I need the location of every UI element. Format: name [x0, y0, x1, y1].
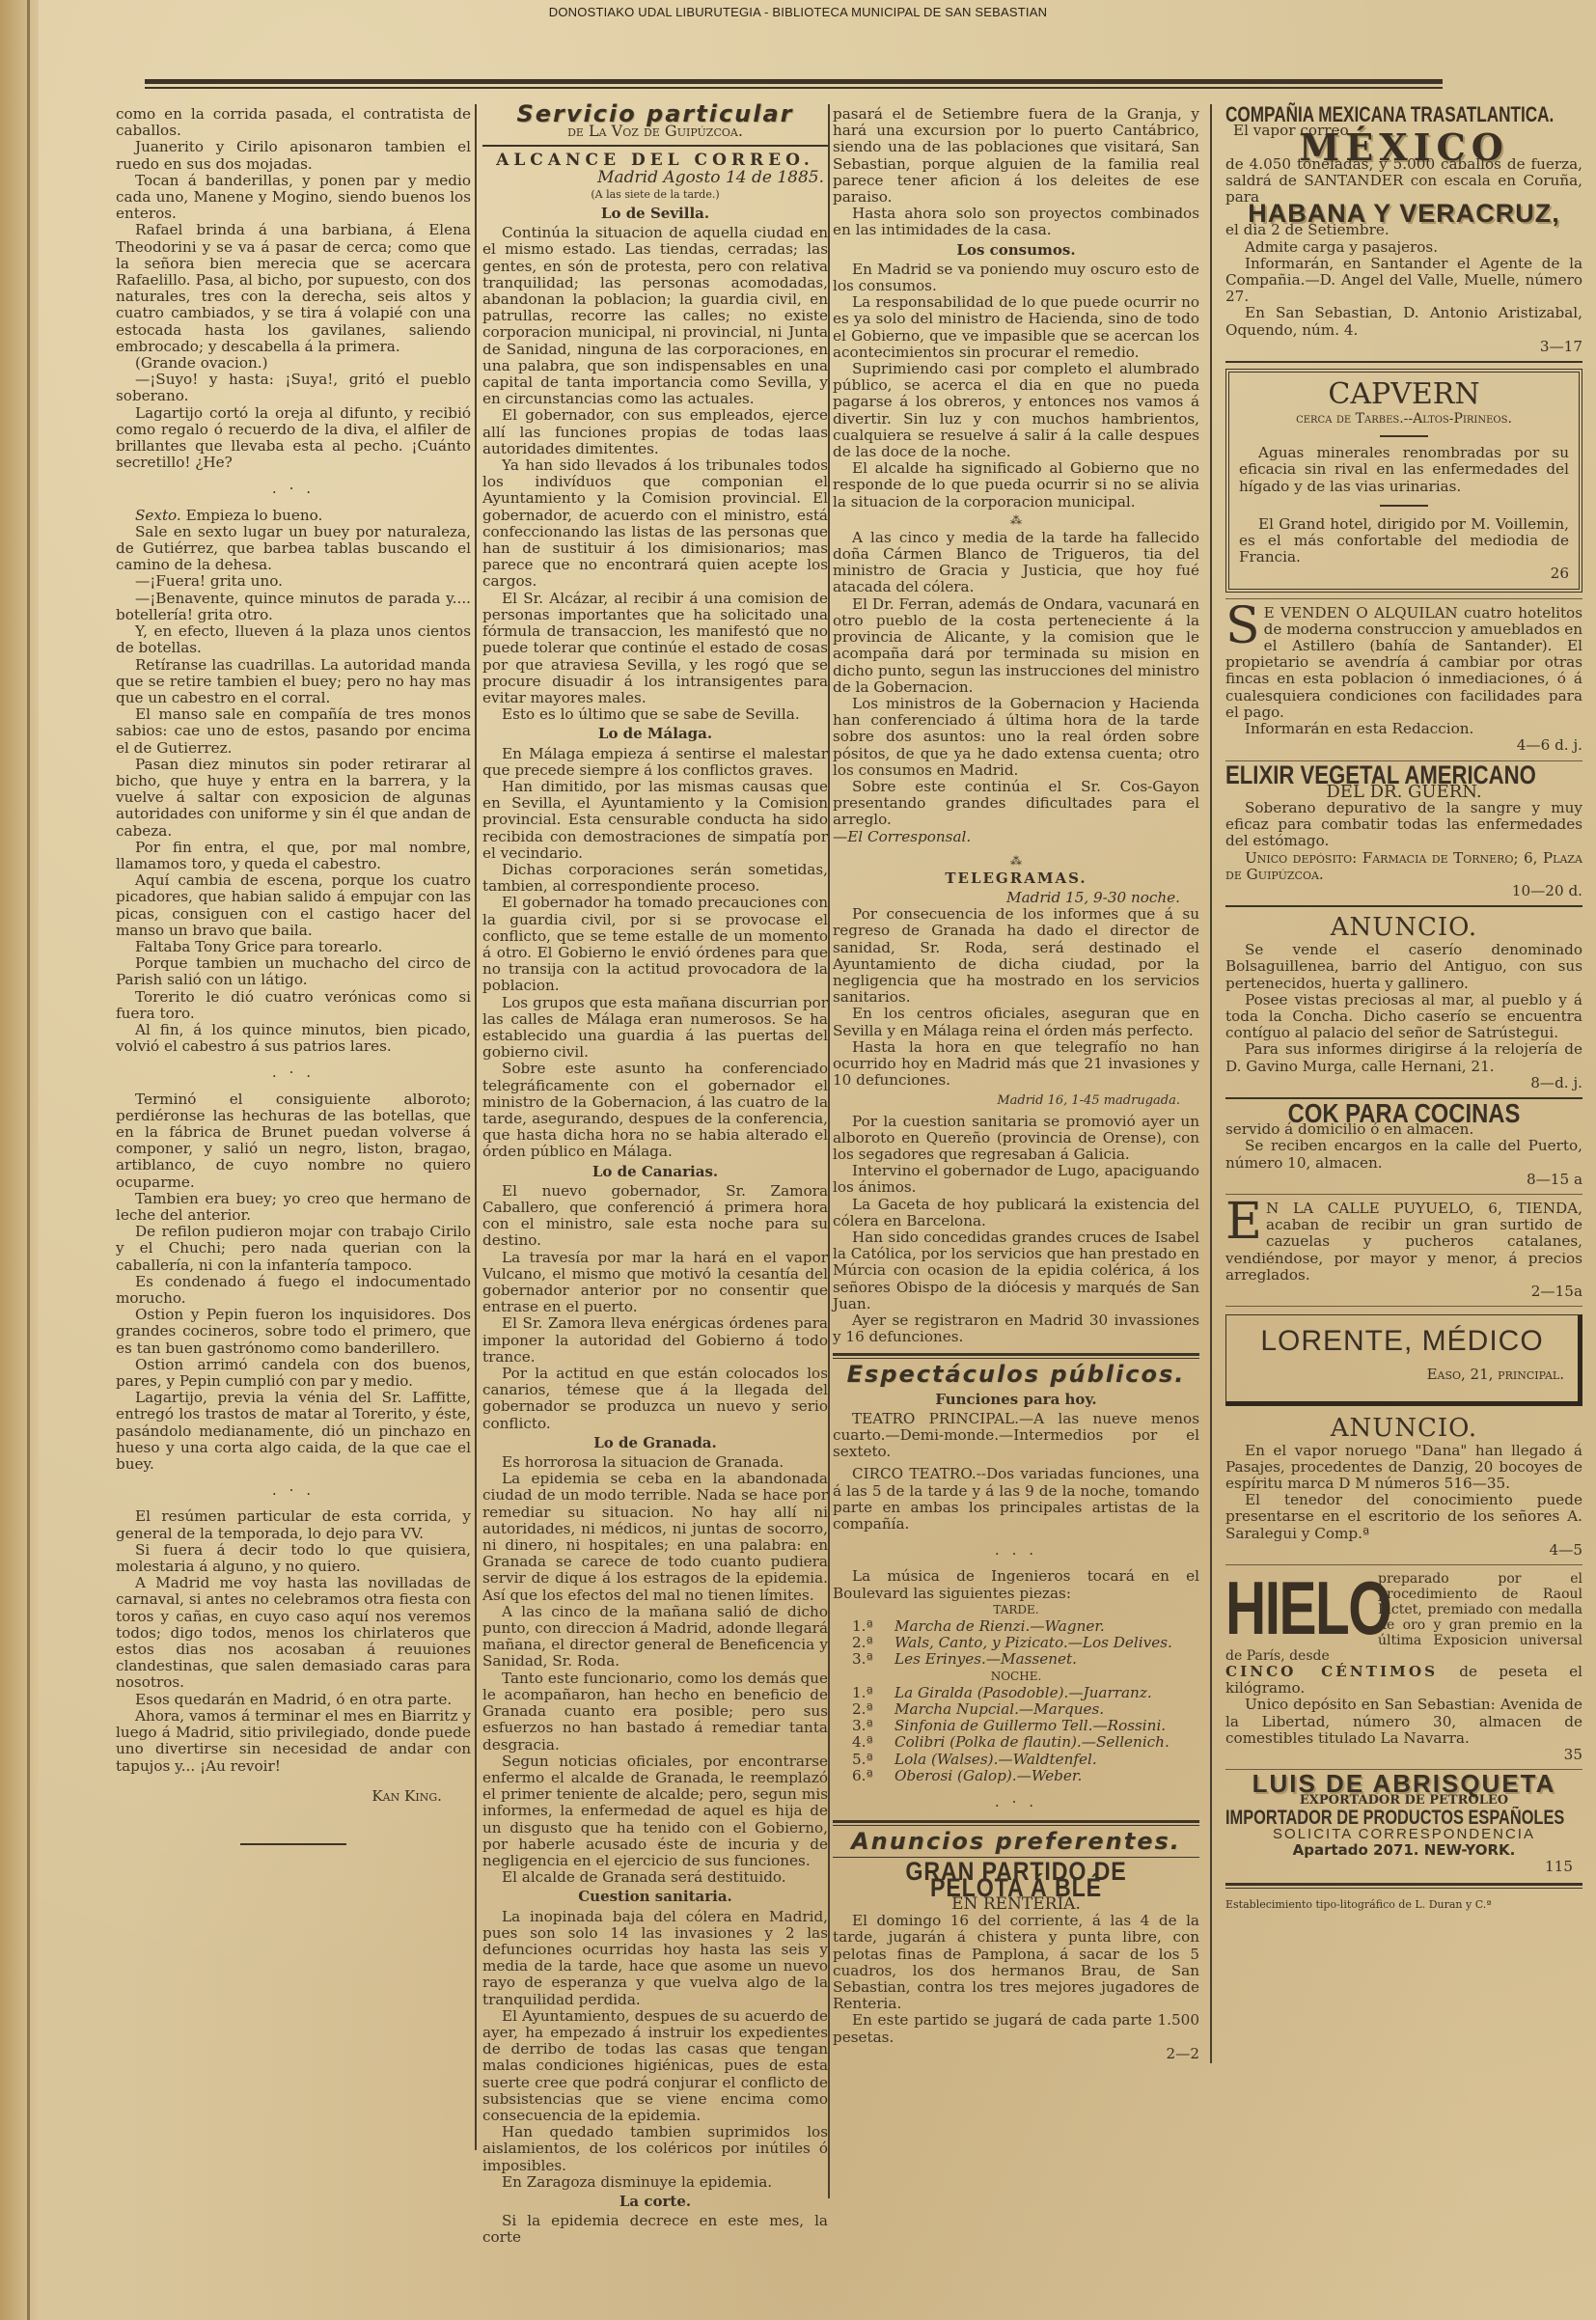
ad-reference: 26 [1239, 566, 1569, 582]
paragraph: Esos quedarán en Madrid, ó en otra parte… [116, 1692, 471, 1708]
binding-spine [0, 0, 39, 2320]
paragraph: Por la cuestion sanitaria se promovió ay… [833, 1114, 1199, 1164]
paragraph: Pasan diez minutos sin poder retirarar a… [116, 757, 471, 840]
paragraph: E VENDEN O ALQUILAN cuatro hotelitos de … [1225, 605, 1582, 721]
divider [1225, 1194, 1582, 1195]
cok-title: COK PARA COCINAS [1252, 1105, 1556, 1121]
paragraph: Se vende el caserío denominado Bolsaguil… [1225, 942, 1582, 992]
paragraph: Unico depósito: Farmacia de Tornero; 6, … [1225, 850, 1582, 883]
heading-corte: La corte. [482, 2194, 828, 2210]
paragraph: El alcalde de Granada será destituido. [482, 1869, 828, 1886]
paragraph: Porque tambien un muchacho del circo de … [116, 955, 471, 988]
capvern-title: CAPVERN [1239, 378, 1569, 411]
paragraph: Soberano depurativo de la sangre y muy e… [1225, 800, 1582, 850]
pelota-title: GRAN PARTIDO DE PELOTA Á BLÉ [859, 1864, 1174, 1896]
destination-title: HABANA Y VERACRUZ, [1225, 206, 1582, 222]
paragraph: A las cinco de la mañana salió de dicho … [482, 1604, 828, 1671]
paragraph: La responsabilidad de lo que puede ocurr… [833, 294, 1199, 361]
section-title-espectaculos: Espectáculos públicos. [833, 1367, 1199, 1383]
paragraph: Torerito le dió cuatro verónicas como si… [116, 989, 471, 1022]
paragraph: Posee vistas preciosas al mar, al pueblo… [1225, 992, 1582, 1042]
paragraph: (Grande ovacion.) [116, 355, 471, 372]
anuncio-title: ANUNCIO. [1225, 1414, 1582, 1443]
capvern-ad: CAPVERN cerca de Tarbes.--Altos-Pirineos… [1225, 369, 1582, 593]
paragraph: De refilon pudieron mojar con trabajo Ci… [116, 1224, 471, 1274]
heading-sanitaria: Cuestion sanitaria. [482, 1889, 828, 1905]
paragraph: Lagartijo, previa la vénia del Sr. Laffi… [116, 1390, 471, 1473]
music-intro: La música de Ingenieros tocará en el Bou… [833, 1568, 1199, 1601]
paragraph: En este partido se jugará de cada parte … [833, 2012, 1199, 2045]
paragraph: Suprimiendo casi por completo el alumbra… [833, 361, 1199, 460]
paragraph: Tambien era buey; yo creo que hermano de… [116, 1191, 471, 1224]
sexto-label: Sexto. [135, 507, 181, 524]
paragraph: Sale en sexto lugar un buey por naturale… [116, 524, 471, 574]
paragraph: Informarán en esta Redaccion. [1225, 721, 1582, 737]
paragraph: Sobre este continúa el Sr. Cos-Gayon pre… [833, 779, 1199, 829]
heading-funciones: Funciones para hoy. [833, 1392, 1199, 1408]
paragraph: Sobre este asunto ha conferenciado teleg… [482, 1061, 828, 1160]
paragraph: En Zaragoza disminuye la epidemia. [482, 2174, 828, 2191]
heading-consumos: Los consumos. [833, 242, 1199, 259]
paragraph: Lagartijo cortó la oreja al difunto, y r… [116, 405, 471, 472]
sexto-text: Empieza lo bueno. [181, 507, 323, 524]
column-divider-3 [1210, 104, 1212, 2063]
end-rule [240, 1843, 346, 1845]
ad-reference: 35 [1225, 1747, 1582, 1763]
paragraph: Si la epidemia decrece en este mes, la c… [482, 2213, 828, 2246]
divider [1380, 435, 1428, 437]
program-item: 5.ªLola (Walses).—Waldtenfel. [833, 1752, 1199, 1768]
column-news-service: Servicio particular de La Voz de Guipúzc… [482, 106, 828, 2247]
column-divider-2 [828, 104, 830, 2198]
paragraph: El Dr. Ferran, además de Ondara, vacunar… [833, 596, 1199, 696]
paragraph: Para sus informes dirigirse á la relojer… [1225, 1041, 1582, 1074]
paragraph: El gobernador, con sus empleados, ejerce… [482, 407, 828, 457]
paragraph: Tanto este funcionario, como los demás q… [482, 1671, 828, 1754]
signature: Kan King. [116, 1788, 442, 1805]
time-note: (A las siete de la tarde.) [482, 186, 828, 203]
dateline-telegram-2: Madrid 16, 1-45 madrugada. [833, 1092, 1180, 1109]
paragraph: como en la corrida pasada, el contratist… [116, 106, 471, 139]
bottom-rule [1225, 1883, 1582, 1889]
theater-listing: CIRCO TEATRO.--Dos variadas funciones, u… [833, 1466, 1199, 1533]
paragraph: Segun noticias oficiales, por encontrars… [482, 1754, 828, 1869]
paragraph: Terminó el consiguiente alboroto; perdié… [116, 1091, 471, 1191]
paragraph: Informarán, en Santander el Agente de la… [1225, 256, 1582, 306]
paragraph: —¡Fuera! grita uno. [116, 573, 471, 590]
paragraph: El Grand hotel, dirigido por M. Voillemi… [1239, 516, 1569, 566]
label-tarde: TARDE. [833, 1602, 1199, 1618]
ad-reference: 2—2 [833, 2046, 1199, 2062]
paragraph: En Madrid se va poniendo muy oscuro esto… [833, 262, 1199, 294]
paragraph: Retíranse las cuadrillas. La autoridad m… [116, 657, 471, 707]
theater-listing: TEATRO PRINCIPAL.—A las nueve menos cuar… [833, 1411, 1199, 1461]
paragraph: Y, en efecto, llueven á la plaza unos ci… [116, 623, 471, 656]
paragraph: Los grupos que esta mañana discurrian po… [482, 995, 828, 1062]
paragraph: En el vapor noruego "Dana" han llegado á… [1225, 1443, 1582, 1493]
hielo-ad: HIELO preparado por el procedimiento de … [1225, 1571, 1582, 1664]
paragraph: Hasta ahora solo son proyectos combinado… [833, 206, 1199, 238]
binding-fold-line [27, 0, 30, 2320]
ad-reference: 115 [1225, 1859, 1573, 1875]
puyuelo-ad: E N LA CALLE PUYUELO, 6, TIENDA, acaban … [1225, 1201, 1582, 1300]
paragraph: Esto es lo último que se sabe de Sevilla… [482, 706, 828, 723]
paragraph: El Sr. Alcázar, al recibir á una comisio… [482, 591, 828, 706]
asterism: ⁂ [833, 514, 1199, 526]
paragraph: Los ministros de la Gobernacion y Hacien… [833, 696, 1199, 779]
paragraph: El Ayuntamiento, despues de su acuerdo d… [482, 2008, 828, 2124]
paragraph: Continúa la situacion de aquella ciudad … [482, 225, 828, 407]
heading-granada: Lo de Granada. [482, 1435, 828, 1451]
column-news-continued: pasará el de Setiembre fuera de la Granj… [833, 106, 1199, 2062]
paragraph: La Gaceta de hoy publicará la existencia… [833, 1197, 1199, 1229]
paragraph: Por la actitud en que están colocados lo… [482, 1366, 828, 1432]
vende-ad: S E VENDEN O ALQUILAN cuatro hotelitos d… [1225, 605, 1582, 755]
paragraph: Es condenado á fuego el indocumentado mo… [116, 1274, 471, 1307]
program-item: 1.ªMarcha de Rienzi.—Wagner. [833, 1618, 1199, 1635]
program-item: 4.ªColibri (Polka de flautin).—Sellenich… [833, 1734, 1199, 1751]
paragraph: Aquí cambia de escena, porque los cuatro… [116, 872, 471, 939]
section-dots: . · . [116, 1064, 471, 1081]
section-dots: . . . [833, 1542, 1199, 1559]
hielo-price: CINCO CÉNTIMOS [1225, 1663, 1438, 1680]
column-divider-1 [475, 104, 477, 2150]
paragraph: —¡Suyo! y hasta: ¡Suya!, gritó el pueblo… [116, 372, 471, 404]
paragraph: Han quedado tambien suprimidos los aisla… [482, 2124, 828, 2174]
ad-reference: 10—20 d. [1225, 883, 1582, 899]
dateline-telegram-1: Madrid 15, 9-30 noche. [833, 890, 1180, 906]
paragraph: El gobernador ha tomado precauciones con… [482, 895, 828, 994]
divider [1225, 1306, 1582, 1307]
drop-cap: S [1225, 605, 1260, 648]
paragraph: A las cinco y media de la tarde ha falle… [833, 530, 1199, 596]
paragraph: pasará el de Setiembre fuera de la Granj… [833, 106, 1199, 206]
paragraph: Ayer se registraron en Madrid 30 invassi… [833, 1312, 1199, 1345]
compania-title: COMPAÑIA MEXICANA TRASATLANTICA. [1225, 106, 1504, 123]
ad-reference: 4—6 d. j. [1225, 737, 1582, 754]
heading-malaga: Lo de Málaga. [482, 726, 828, 742]
elixir-title: ELIXIR VEGETAL AMERICANO [1225, 767, 1518, 784]
paragraph: La travesía por mar la hará en el vapor … [482, 1250, 828, 1316]
program-item: 2.ªMarcha Nupcial.—Marques. [833, 1701, 1199, 1718]
divider [833, 1820, 1199, 1826]
divider [1380, 505, 1428, 507]
paragraph: Ostion y Pepin fueron los inquisidores. … [116, 1307, 471, 1357]
paragraph: Faltaba Tony Grice para torearlo. [116, 939, 471, 955]
divider [1225, 361, 1582, 363]
paragraph: En Málaga empieza á sentirse el malestar… [482, 746, 828, 779]
asterism: ⁂ [833, 855, 1199, 867]
paragraph: En San Sebastian, D. Antonio Aristizabal… [1225, 305, 1582, 338]
ship-name: MÉXICO [1225, 139, 1582, 155]
section-title-servicio: Servicio particular [482, 106, 828, 123]
drop-cap: E [1225, 1201, 1262, 1243]
program-item: 6.ªOberosi (Galop).—Weber. [833, 1768, 1199, 1784]
ad-reference: 4—5 [1225, 1542, 1582, 1559]
dateline: Madrid Agosto 14 de 1885. [482, 170, 824, 186]
printer-imprint: Establecimiento tipo-litográfico de L. D… [1225, 1896, 1582, 1913]
paragraph: Han dimitido, por las mismas causas que … [482, 779, 828, 862]
section-dots: . · . [116, 1482, 471, 1499]
paragraph: Rafael brinda á una barbiana, á Elena Th… [116, 222, 471, 355]
top-rule-thin [145, 87, 1443, 89]
divider [1225, 1564, 1582, 1565]
anuncio-title: ANUNCIO. [1225, 913, 1582, 942]
paragraph: Por fin entra, el que, por mal nombre, l… [116, 840, 471, 872]
capvern-subtitle: cerca de Tarbes.--Altos-Pirineos. [1239, 411, 1569, 428]
paragraph: Al fin, á los quince minutos, bien picad… [116, 1022, 471, 1055]
paragraph: Han sido concedidas grandes cruces de Is… [833, 1229, 1199, 1312]
divider [1225, 905, 1582, 907]
divider [1225, 598, 1582, 599]
paragraph: Por consecuencia de los informes que á s… [833, 906, 1199, 1006]
ad-reference: 3—17 [1225, 339, 1582, 355]
correspondent-signature: —El Corresponsal. [833, 829, 1199, 845]
heading-telegramas: TELEGRAMAS. [833, 870, 1199, 887]
program-item: 2.ªWals, Canto, y Pizicato.—Los Delives. [833, 1635, 1199, 1651]
paragraph: Ya han sido llevados á los tribunales to… [482, 457, 828, 591]
paragraph: El manso sale en compañía de tres monos … [116, 706, 471, 757]
paragraph: Es horrorosa la situacion de Granada. [482, 1454, 828, 1471]
section-dots: . · . [833, 1794, 1199, 1810]
paragraph: —¡Benavente, quince minutos de parada y.… [116, 591, 471, 623]
paragraph: Aguas minerales renombradas por su efica… [1239, 445, 1569, 495]
paragraph: Si fuera á decir todo lo que quisiera, m… [116, 1542, 471, 1575]
program-item: 1.ªLa Giralda (Pasodoble).—Juarranz. [833, 1685, 1199, 1701]
program-list-noche: 1.ªLa Giralda (Pasodoble).—Juarranz. 2.ª… [833, 1685, 1199, 1784]
paragraph: El nuevo gobernador, Sr. Zamora Caballer… [482, 1183, 828, 1250]
abrisqueta-title: LUIS DE ABRISQUETA [1225, 1776, 1582, 1792]
paragraph: El domingo 16 del corriente, á las 4 de … [833, 1913, 1199, 2012]
lorente-ad: LORENTE, MÉDICO Easo, 21, principal. [1225, 1314, 1582, 1405]
paragraph: Tocan á banderillas, y ponen par y medio… [116, 173, 471, 223]
ad-reference: 8—15 a [1225, 1172, 1582, 1188]
paragraph: A Madrid me voy hasta las novilladas de … [116, 1575, 471, 1691]
label-noche: NOCHE. [833, 1669, 1199, 1685]
paragraph: N LA CALLE PUYUELO, 6, TIENDA, acaban de… [1225, 1201, 1582, 1284]
paragraph: Se reciben encargos en la calle del Puer… [1225, 1138, 1582, 1171]
ad-reference: 2—15a [1225, 1284, 1582, 1300]
paragraph: El alcalde ha significado al Gobierno qu… [833, 460, 1199, 511]
program-list-tarde: 1.ªMarcha de Rienzi.—Wagner. 2.ªWals, Ca… [833, 1618, 1199, 1669]
paragraph-sexto: Sexto. Empieza lo bueno. [116, 508, 471, 524]
paragraph: Admite carga y pasajeros. [1225, 239, 1582, 256]
column-advertisements: COMPAÑIA MEXICANA TRASATLANTICA. El vapo… [1225, 106, 1582, 1914]
section-title-anuncios: Anuncios preferentes. [833, 1834, 1199, 1850]
abrisqueta-line: Apartado 2071. NEW-YORK. [1225, 1842, 1582, 1859]
divider [833, 1353, 1199, 1359]
abrisqueta-line: IMPORTADOR DE PRODUCTOS ESPAÑOLES [1225, 1809, 1504, 1826]
paragraph: Intervino el gobernador de Lugo, apacigu… [833, 1163, 1199, 1196]
section-dots: . · . [116, 481, 471, 497]
heading-sevilla: Lo de Sevilla. [482, 206, 828, 222]
column-bullfight-chronicle: como en la corrida pasada, el contratist… [116, 106, 471, 1845]
paragraph: Juanerito y Cirilo apisonaron tambien el… [116, 139, 471, 172]
paragraph: En los centros oficiales, aseguran que e… [833, 1006, 1199, 1038]
paragraph: Ahora, vamos á terminar el mes en Biarri… [116, 1708, 471, 1775]
paragraph: Ostion arrimó candela con dos buenos, pa… [116, 1357, 471, 1390]
paragraph: Dichas corporaciones serán sometidas, ta… [482, 862, 828, 895]
program-item: 3.ªSinfonia de Guillermo Tell.—Rossini. [833, 1718, 1199, 1734]
library-watermark: DONOSTIAKO UDAL LIBURUTEGIA - BIBLIOTECA… [0, 5, 1596, 19]
paragraph: Hasta la hora en que telegrafío no han o… [833, 1039, 1199, 1090]
lorente-title: LORENTE, MÉDICO [1240, 1333, 1564, 1349]
paragraph: El Sr. Zamora lleva enérgicas órdenes pa… [482, 1315, 828, 1366]
ad-reference: 8—d. j. [1225, 1075, 1582, 1091]
paragraph: La inopinada baja del cólera en Madrid, … [482, 1909, 828, 2008]
divider [482, 145, 828, 147]
program-item: 3.ªLes Erinyes.—Massenet. [833, 1651, 1199, 1668]
heading-canarias: Lo de Canarias. [482, 1164, 828, 1180]
paragraph: Unico depósito en San Sebastian: Avenida… [1225, 1697, 1582, 1747]
lorente-address: Easo, 21, principal. [1240, 1367, 1564, 1383]
hielo-title: HIELO [1225, 1571, 1335, 1644]
paragraph: El resúmen particular de esta corrida, y… [116, 1508, 471, 1541]
paragraph: El tenedor del conocimiento puede presen… [1225, 1492, 1582, 1542]
top-rule [145, 79, 1443, 84]
paragraph: La epidemia se ceba en la abandonada ciu… [482, 1471, 828, 1604]
